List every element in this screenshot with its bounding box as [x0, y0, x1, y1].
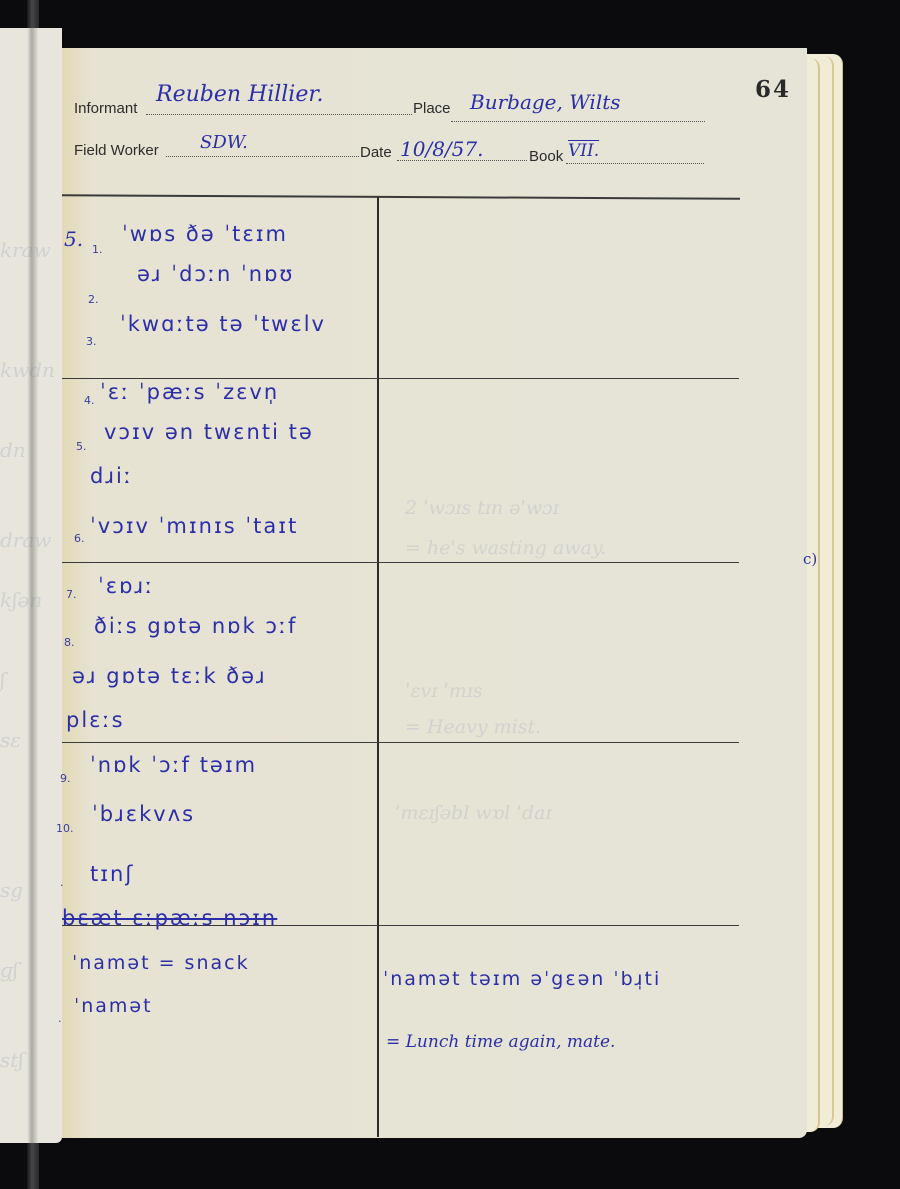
page-holder-bar [27, 0, 39, 1189]
transcription-line: ˈvɔɪv ˈmɪnɪs ˈtaɪt [90, 514, 298, 538]
informant-label: Informant [74, 100, 137, 117]
transcription-line: ˈɛɒɹː [98, 574, 154, 598]
page-number: 64 [755, 76, 791, 103]
transcription-line: ˈnɒk ˈɔːf təɪm [90, 753, 257, 777]
book-label: Book [529, 148, 563, 165]
informant-dotted-line [146, 114, 412, 115]
line-number: 4. [84, 394, 95, 407]
transcription-line: vɔɪv ən twɛnti tə [104, 420, 314, 444]
transcription-line: ðiːs gɒtə nɒk ɔːf [94, 614, 297, 638]
place-label: Place [413, 100, 451, 117]
sentence-gloss: = Lunch time again, mate. [386, 1032, 615, 1052]
line-number: 10. [56, 822, 74, 835]
informant-value: Reuben Hillier. [156, 82, 323, 107]
line-number: . [60, 876, 64, 889]
show-through-text: = Heavy mist. [405, 716, 541, 738]
ghost-text: ʃ [0, 668, 5, 692]
book-value: VII. [568, 141, 599, 161]
show-through-text: 2 ˈwɔɪs tɪn əˈwɔɪ [405, 497, 559, 519]
ghost-text: sɛ [0, 728, 21, 752]
book-dotted-line [566, 163, 704, 164]
line-number: 6. [74, 532, 85, 545]
margin-note: c) [803, 550, 817, 568]
transcription-line: əɹ ˈdɔːn ˈnɒʊ [137, 262, 294, 286]
line-number: 5. [76, 440, 87, 453]
ghost-text: sg [0, 878, 23, 902]
sentence-transcription: ˈnamət təɪm əˈgɛən ˈbɹ̩ti [383, 968, 661, 990]
show-through-text: ˈɛvɪ ˈmɪs [405, 680, 483, 702]
line-number: 9. [60, 772, 71, 785]
date-value: 10/8/57. [400, 137, 483, 161]
ghost-text: dn [0, 438, 26, 462]
transcription-line: ˈkwɑːtə tə ˈtwɛlv [120, 312, 326, 336]
ghost-text: stʃ [0, 1048, 24, 1072]
transcription-line: plɛːs [66, 708, 125, 732]
row-divider [62, 562, 739, 563]
section-mark: 5. [64, 227, 83, 251]
place-value: Burbage, Wilts [470, 90, 621, 114]
row-divider [62, 742, 739, 743]
struck-transcription-line: bɛæt ɛːpæːs nɔɪn [62, 906, 277, 930]
field-worker-value: SDW. [200, 132, 248, 153]
place-dotted-line [451, 121, 705, 122]
line-number: 2. [88, 293, 99, 306]
transcription-line: dɹiː [90, 464, 133, 488]
field-worker-dotted-line [166, 156, 359, 157]
ghost-text: kraw [0, 238, 51, 262]
line-number: 7. [66, 588, 77, 601]
transcription-line: ˈbɹɛkvʌs [92, 802, 195, 826]
field-worker-label: Field Worker [74, 142, 159, 159]
line-number: 1. [92, 243, 103, 256]
ghost-text: ɡʃ [0, 958, 18, 982]
transcription-line: tɪnʃ [90, 862, 134, 886]
date-label: Date [360, 144, 392, 161]
show-through-text: = he's wasting away. [405, 537, 606, 559]
transcription-line: əɹ gɒtə tɛːk ðəɹ [72, 664, 267, 688]
ghost-text: draw [0, 528, 51, 552]
row-divider [62, 378, 739, 379]
column-divider [377, 197, 379, 1137]
line-number: 3. [86, 335, 97, 348]
transcription-line: ˈnamət = snack [72, 952, 250, 974]
transcription-line: ˈwɒs ðə ˈtɛɪm [122, 222, 288, 246]
transcription-line: ˈɛː ˈpæːs ˈzɛvn̩ [100, 380, 279, 404]
show-through-text: ˈmɛɪʃəbl wɒl ˈdaɪ [395, 802, 551, 824]
transcription-line: ˈnamət [74, 995, 153, 1017]
line-number: . [58, 1012, 62, 1025]
line-number: 8. [64, 636, 75, 649]
